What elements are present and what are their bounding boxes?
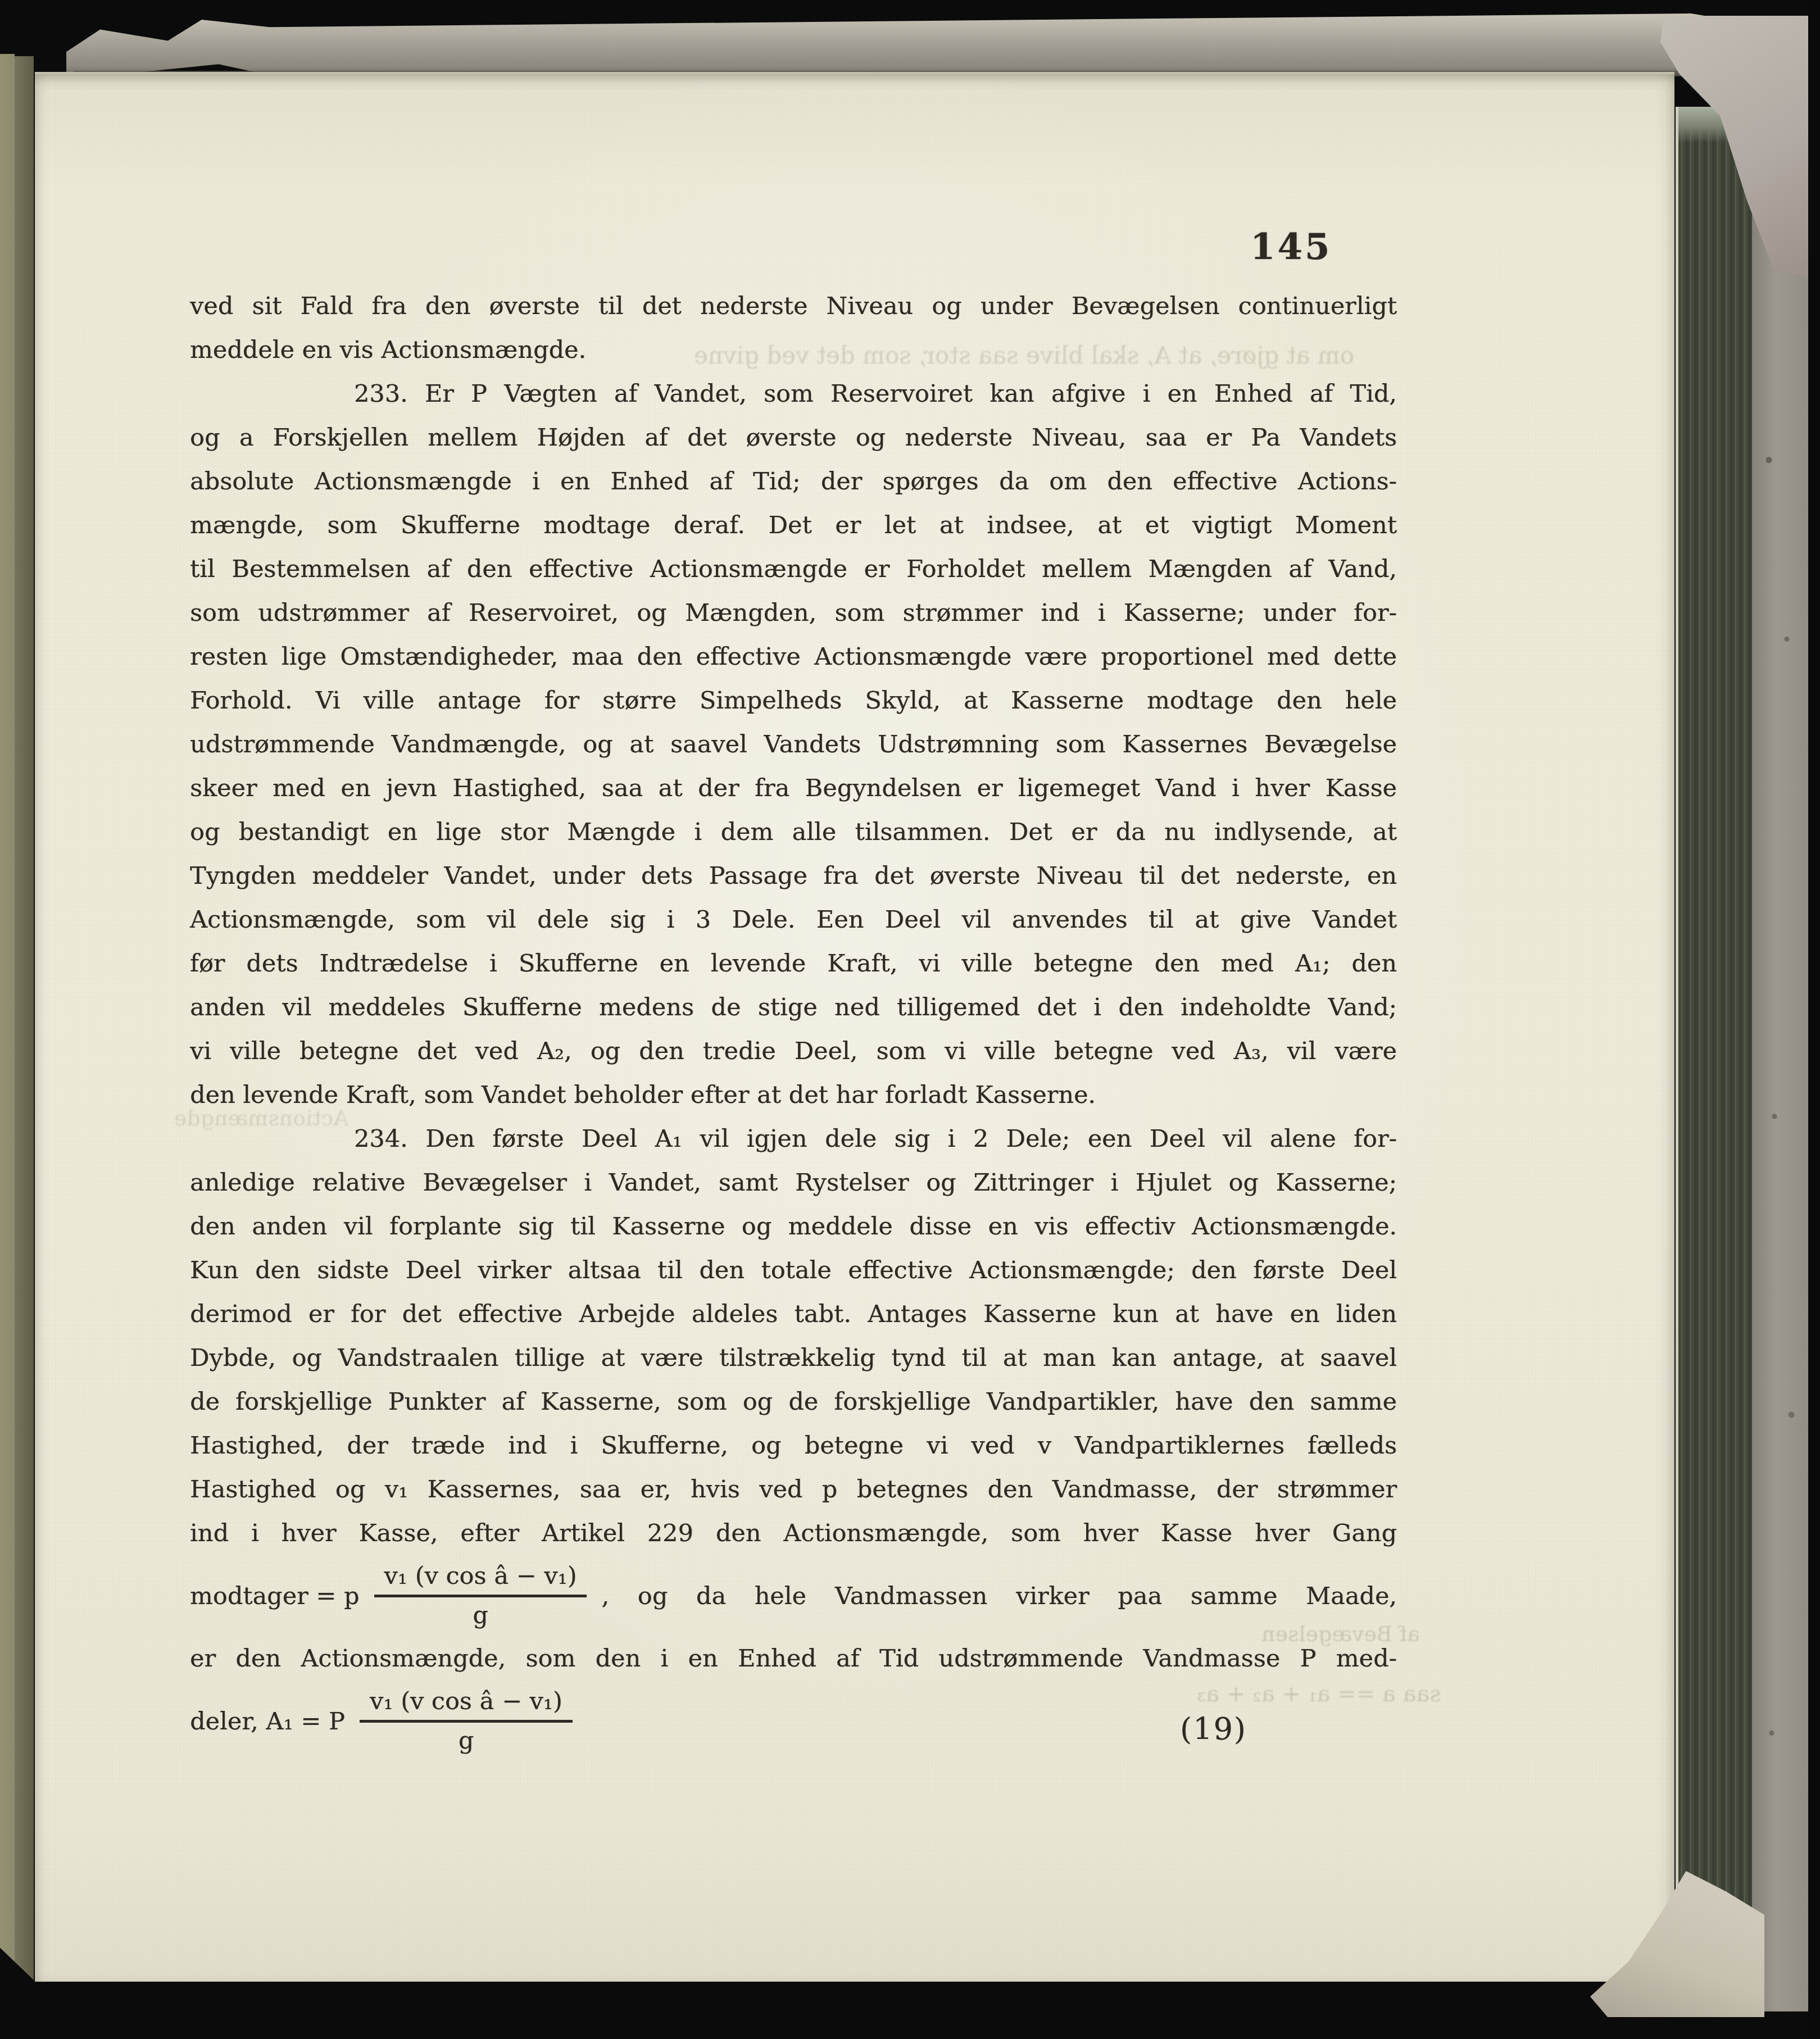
text-line: anledige relative Bevægelser i Vandet, s…: [190, 1161, 1397, 1205]
adjacent-page-edge-left: [0, 54, 15, 1987]
text-line: udstrømmende Vandmængde, og at saavel Va…: [190, 723, 1397, 766]
text-line: som udstrømmer af Reservoiret, og Mængde…: [190, 591, 1397, 635]
text-line: Hastighed, der træde ind i Skufferne, og…: [190, 1424, 1397, 1468]
gutter-shadow-left: [15, 56, 34, 1983]
text-line: 234. Den første Deel A₁ vil igjen dele s…: [190, 1117, 1397, 1161]
page-number: 145: [1250, 226, 1363, 268]
text-line: mængde, som Skufferne modtage deraf. Det…: [190, 503, 1397, 547]
text-line: derimod er for det effective Arbejde ald…: [190, 1292, 1397, 1336]
fraction-denominator: g: [473, 1597, 488, 1629]
book-cover-right-edge: [1752, 22, 1808, 2011]
text-line: resten lige Omstændigheder, maa den effe…: [190, 635, 1397, 679]
formula-text: modtager = p: [190, 1582, 360, 1610]
book-scan: om at gjøre, at A, skal blive saa stor, …: [0, 0, 1820, 2039]
text-line: meddele en vis Actionsmængde.: [190, 328, 1397, 372]
text-line: den anden vil forplante sig til Kasserne…: [190, 1205, 1397, 1248]
book-cover-top-edge: [66, 13, 1759, 75]
fraction: v₁ (v cos â − v₁)g: [360, 1688, 573, 1755]
formula-text: deler, A₁ = P: [190, 1708, 345, 1736]
fraction-denominator: g: [459, 1723, 474, 1755]
text-line: og a Forskjellen mellem Højden af det øv…: [190, 416, 1397, 460]
text-line: absolute Actionsmængde i en Enhed af Tid…: [190, 460, 1397, 503]
text-line: før dets Indtrædelse i Skufferne en leve…: [190, 942, 1397, 986]
text-line: Tyngden meddeler Vandet, under dets Pass…: [190, 854, 1397, 898]
text-line: Dybde, og Vandstraalen tillige at være t…: [190, 1336, 1397, 1380]
formula-line: modtager = pv₁ (v cos â − v₁)g, og da he…: [190, 1555, 1397, 1637]
text-line: Kun den sidste Deel virker altsaa til de…: [190, 1248, 1397, 1292]
formula-text: , og da hele Vandmassen virker paa samme…: [601, 1582, 1397, 1610]
signature-mark: (19): [1180, 1711, 1247, 1747]
text-line: 233. Er P Vægten af Vandet, som Reservoi…: [190, 372, 1397, 416]
page-fore-edge: [1676, 107, 1755, 1986]
text-line: anden vil meddeles Skufferne medens de s…: [190, 986, 1397, 1029]
fraction: v₁ (v cos â − v₁)g: [374, 1563, 587, 1630]
fraction-numerator: v₁ (v cos â − v₁): [374, 1563, 587, 1597]
text-line: den levende Kraft, som Vandet beholder e…: [190, 1073, 1397, 1117]
text-line: Hastighed og v₁ Kassernes, saa er, hvis …: [190, 1468, 1397, 1511]
text-line: skeer med en jevn Hastighed, saa at der …: [190, 766, 1397, 810]
body-text: ved sit Fald fra den øverste til det ned…: [190, 284, 1397, 1762]
text-line: Actionsmængde, som vil dele sig i 3 Dele…: [190, 898, 1397, 942]
text-line: de forskjellige Punkter af Kasserne, som…: [190, 1380, 1397, 1424]
text-line: ved sit Fald fra den øverste til det ned…: [190, 284, 1397, 328]
text-line: Forhold. Vi ville antage for større Simp…: [190, 679, 1397, 723]
text-line: ind i hver Kasse, efter Artikel 229 den …: [190, 1511, 1397, 1555]
scan-background-right: [1808, 0, 1820, 2039]
text-line: vi ville betegne det ved A₂, og den tred…: [190, 1029, 1397, 1073]
fraction-numerator: v₁ (v cos â − v₁): [360, 1688, 573, 1723]
text-line: til Bestemmelsen af den effective Action…: [190, 547, 1397, 591]
text-line: og bestandigt en lige stor Mængde i dem …: [190, 810, 1397, 854]
text-line: er den Actionsmængde, som den i en Enhed…: [190, 1637, 1397, 1681]
